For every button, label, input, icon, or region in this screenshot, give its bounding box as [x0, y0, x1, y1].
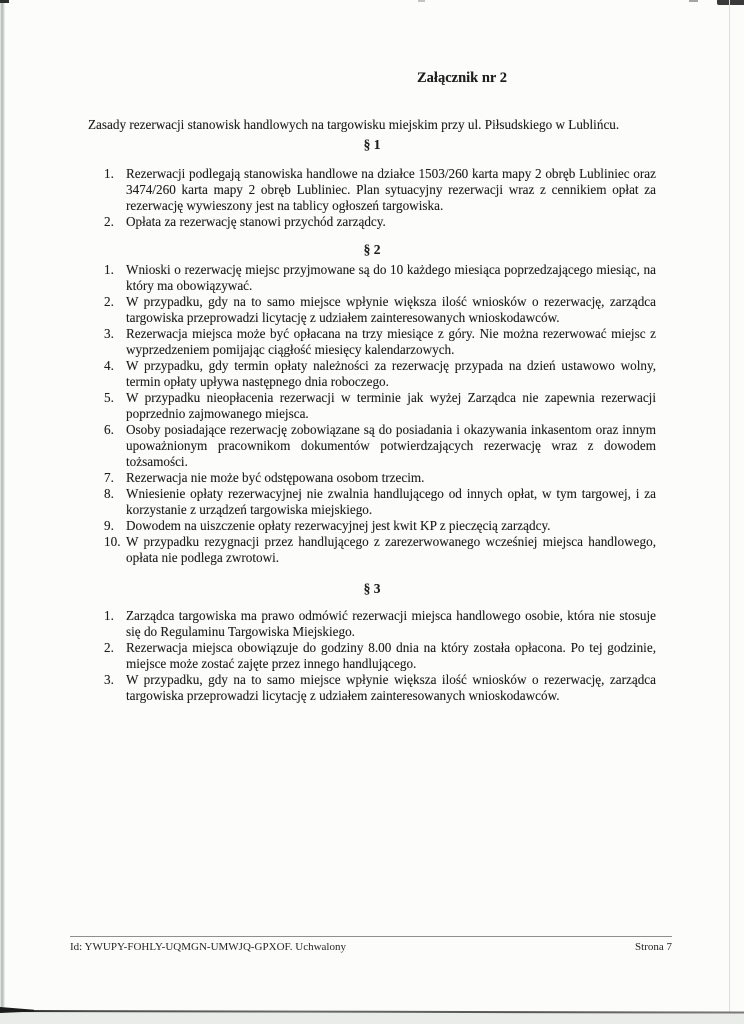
intro-paragraph: Zasady rezerwacji stanowisk handlowych n… [88, 117, 656, 133]
scan-mark-top-left [0, 0, 9, 3]
section-paragraph-3: § 3 Zarządca targowiska ma prawo odmówić… [88, 581, 656, 704]
section-2-list: Wnioski o rezerwację miejsc przyjmowane … [88, 262, 656, 566]
list-item: Rezerwacja miejsca obowiązuje do godziny… [88, 640, 656, 672]
list-item: W przypadku, gdy termin opłaty należnośc… [88, 358, 656, 390]
list-item: Rezerwacja miejsca może być opłacana na … [88, 326, 656, 358]
list-item: W przypadku nieopłacenia rezerwacji w te… [88, 390, 656, 422]
scan-tick-top-right [689, 0, 698, 2]
list-item: Rezerwacja nie może być odstępowana osob… [88, 470, 656, 486]
list-item: Zarządca targowiska ma prawo odmówić rez… [88, 608, 656, 640]
section-3-heading: § 3 [88, 581, 656, 597]
scan-tick-top-center [418, 0, 425, 2]
scan-mark-top-right [717, 0, 744, 5]
scan-strip-bottom [0, 1012, 744, 1024]
section-2-heading: § 2 [88, 242, 656, 258]
section-paragraph-1: § 1 Rezerwacji podlegają stanowiska hand… [88, 137, 656, 230]
section-paragraph-2: § 2 Wnioski o rezerwację miejsc przyjmow… [88, 242, 656, 566]
scan-edge-left [0, 0, 5, 1024]
scan-fold-line-right [729, 0, 730, 1012]
list-item: Wniesienie opłaty rezerwacyjnej nie zwal… [88, 486, 656, 518]
list-item: Opłata za rezerwację stanowi przychód za… [88, 214, 656, 230]
list-item: Dowodem na uiszczenie opłaty rezerwacyjn… [88, 518, 656, 534]
list-item: W przypadku rezygnacji przez handlująceg… [88, 534, 656, 566]
attachment-label: Załącznik nr 2 [178, 70, 744, 87]
list-item: Osoby posiadające rezerwację zobowiązane… [88, 422, 656, 470]
page-footer: Id: YWUPY-FOHLY-UQMGN-UMWJQ-GPXOF. Uchwa… [70, 936, 672, 954]
document-content: Załącznik nr 2 Zasady rezerwacji stanowi… [88, 0, 656, 704]
document-id-text: Id: YWUPY-FOHLY-UQMGN-UMWJQ-GPXOF. Uchwa… [70, 941, 346, 954]
section-1-heading: § 1 [88, 137, 656, 153]
list-item: Wnioski o rezerwację miejsc przyjmowane … [88, 262, 656, 294]
section-1-list: Rezerwacji podlegają stanowiska handlowe… [88, 166, 656, 230]
page-number: Strona 7 [635, 941, 672, 954]
list-item: W przypadku, gdy na to samo miejsce wpły… [88, 294, 656, 326]
list-item: Rezerwacji podlegają stanowiska handlowe… [88, 166, 656, 214]
section-3-list: Zarządca targowiska ma prawo odmówić rez… [88, 608, 656, 704]
list-item: W przypadku, gdy na to samo miejsce wpły… [88, 672, 656, 704]
scanned-document-page: Załącznik nr 2 Zasady rezerwacji stanowi… [0, 0, 744, 1024]
